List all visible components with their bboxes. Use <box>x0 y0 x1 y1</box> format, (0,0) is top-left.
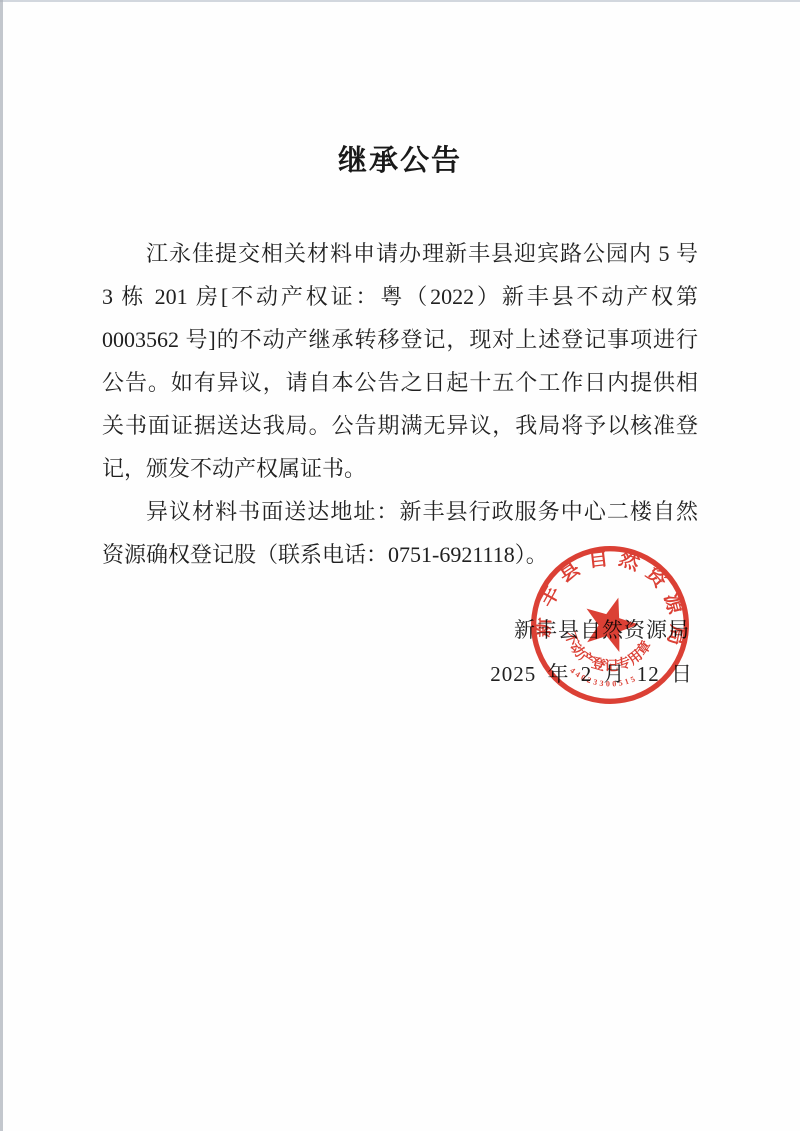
body-line: 3 栋 201 房[不动产权证：粤（2022）新丰县不动产权第 <box>102 275 698 318</box>
official-seal: 新丰县自然资源局 不动产登记专用章 44023300515 <box>492 507 728 743</box>
body-line: 公告。如有异议，请自本公告之日起十五个工作日内提供相 <box>102 361 698 404</box>
body-line: 0003562 号]的不动产继承转移登记，现对上述登记事项进行 <box>102 318 698 361</box>
seal-star <box>577 590 644 655</box>
body-line: 记，颁发不动产权属证书。 <box>102 447 698 490</box>
scan-edge-top <box>0 0 800 2</box>
body-line: 江永佳提交相关材料申请办理新丰县迎宾路公园内 5 号 <box>102 232 698 275</box>
body-line: 关书面证据送达我局。公告期满无异议，我局将予以核准登 <box>102 404 698 447</box>
page-title: 继承公告 <box>0 138 800 179</box>
